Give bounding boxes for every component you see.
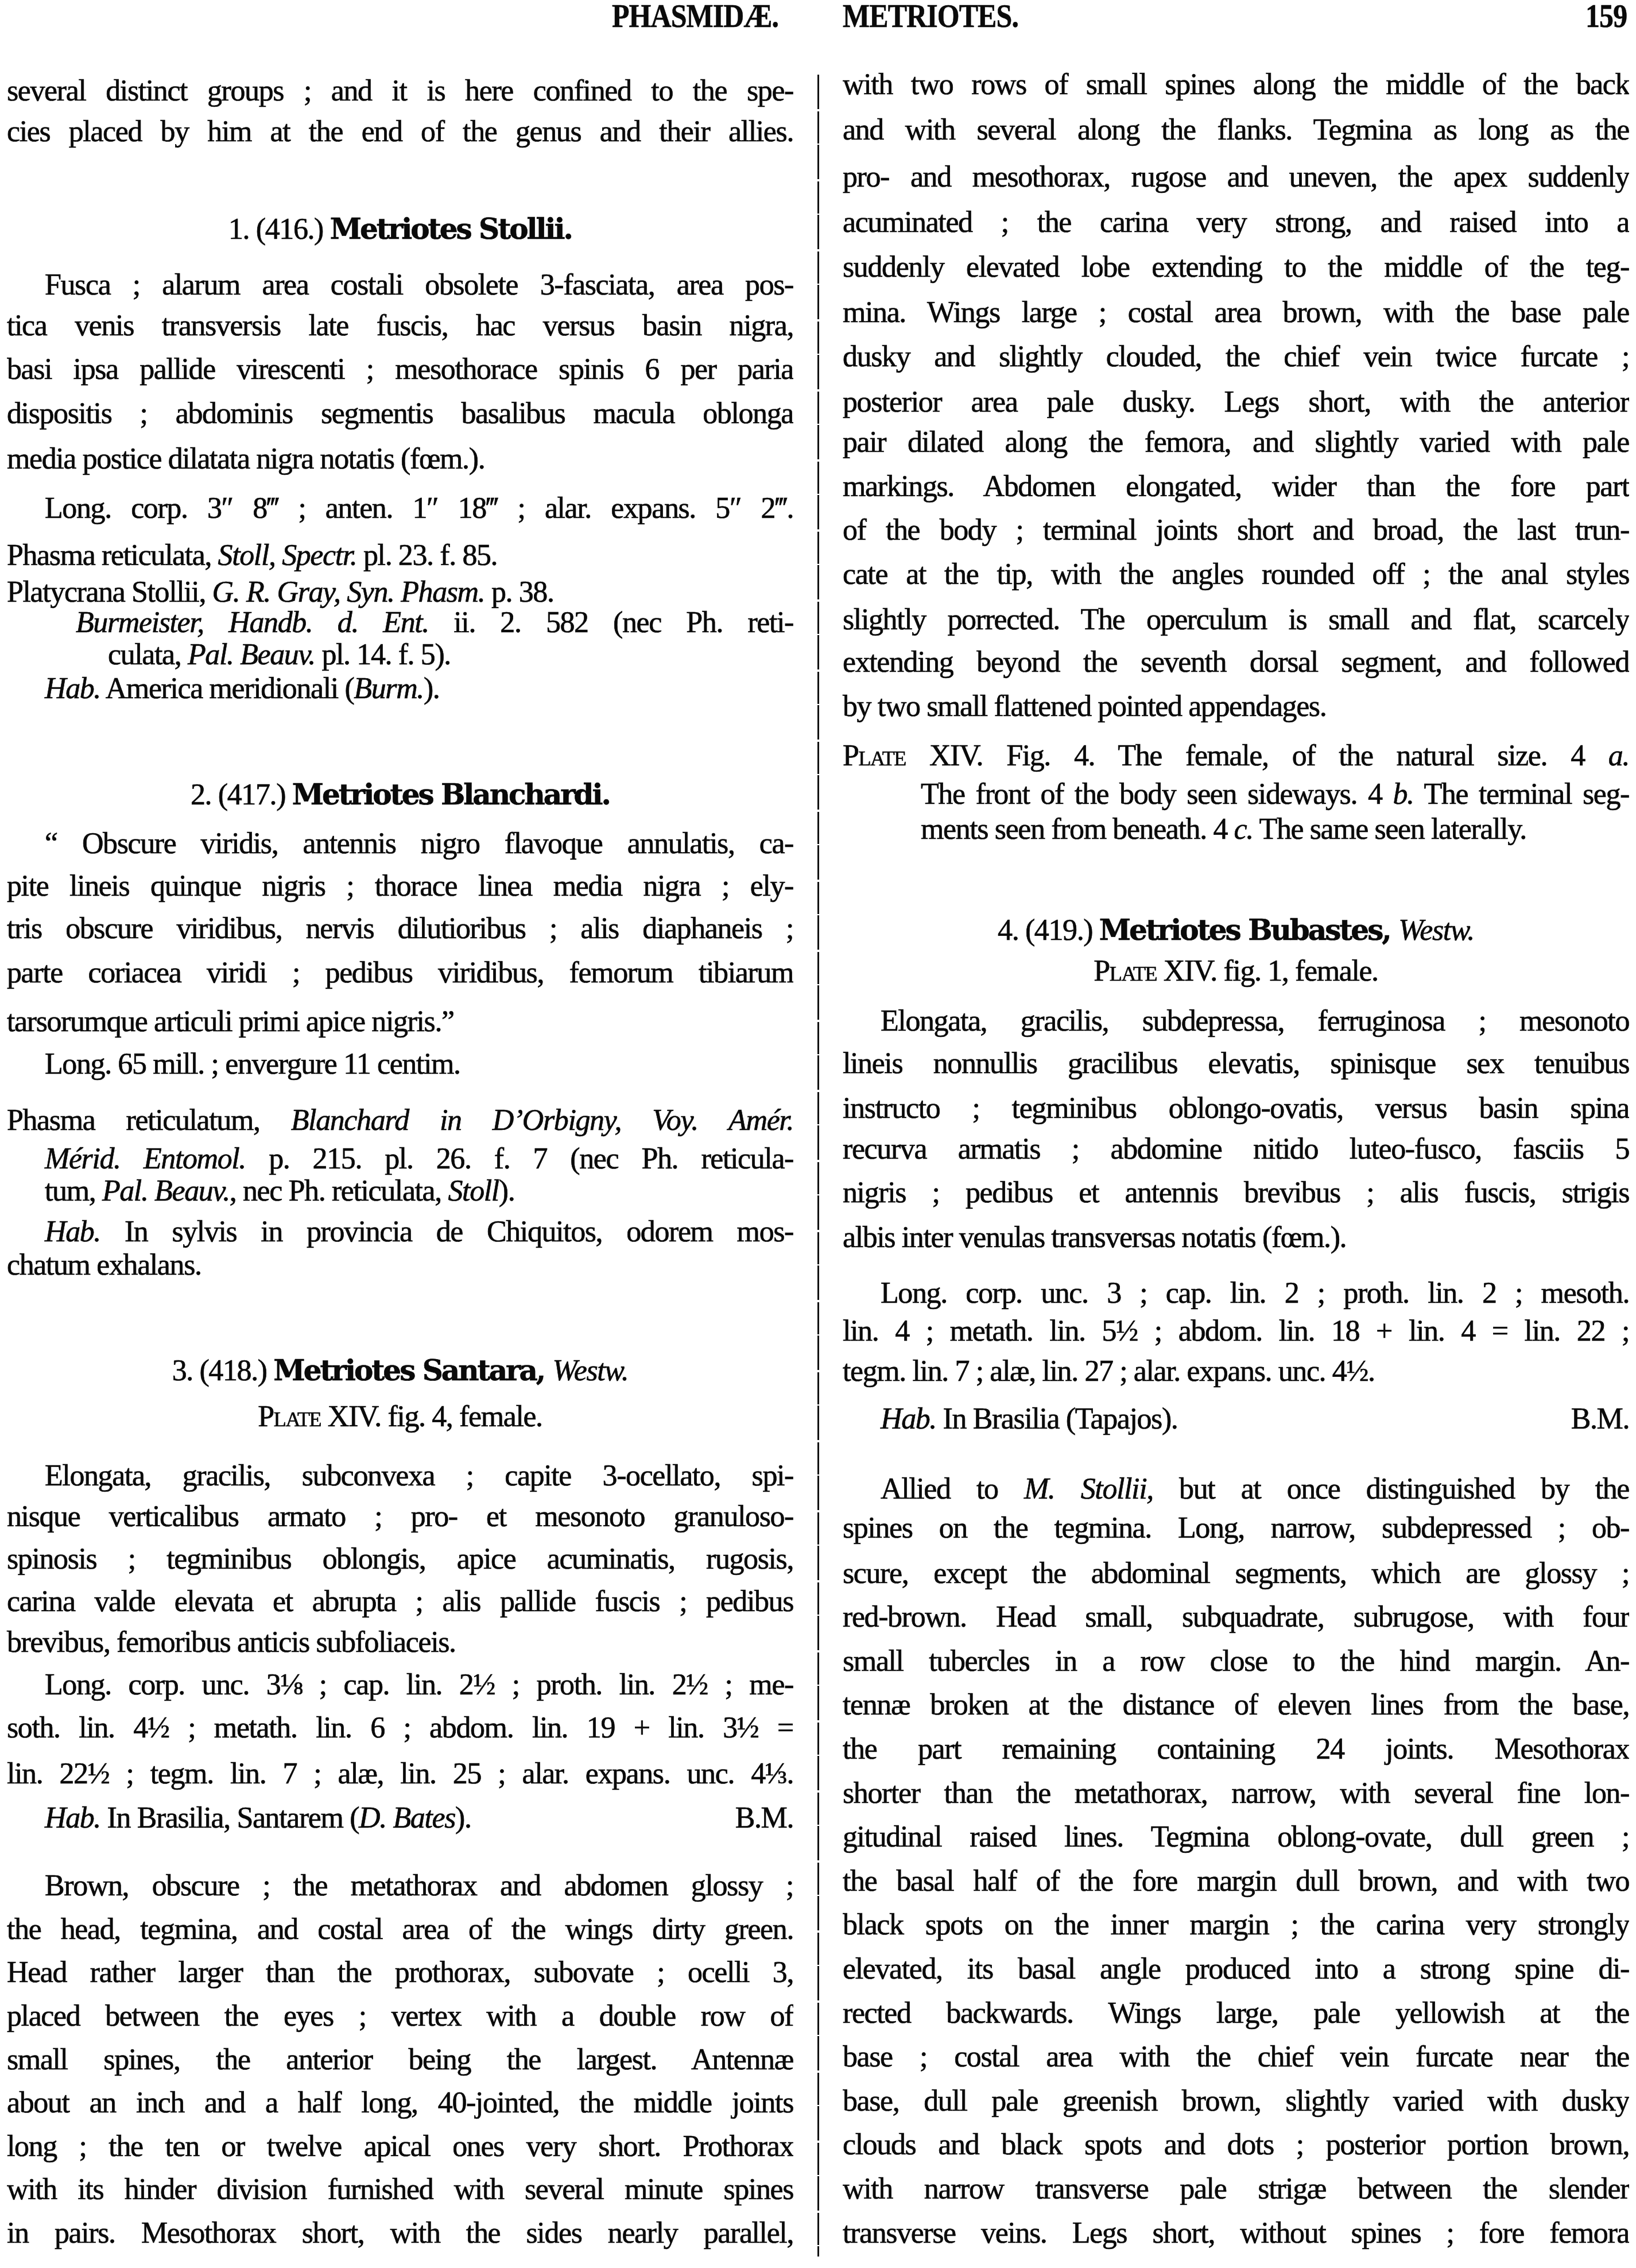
running-head-family: PHASMIDÆ. [612, 0, 778, 32]
species-name: Metriotes Blanchardi. [292, 777, 610, 811]
species-author: Westw. [1398, 914, 1474, 947]
citation-text: culata, [108, 638, 188, 671]
text-line: base ; costal area with the chief vein f… [843, 2035, 1629, 2079]
plate-text: XIV. fig. 4, female. [321, 1400, 542, 1433]
caption-text: The terminal seg- [1414, 778, 1629, 811]
caption-text: The same seen laterally. [1253, 813, 1526, 846]
habitat-author: Burm. [354, 672, 424, 705]
column-divider [817, 75, 819, 2257]
citation-author: Stoll, Spectr. [218, 539, 357, 572]
citation-line: tum, Pal. Beauv., nec Ph. reticulata, St… [7, 1170, 793, 1213]
text-line: pro- and mesothorax, rugose and uneven, … [843, 156, 1629, 199]
text-line: rected backwards. Wings large, pale yell… [843, 1992, 1629, 2035]
text-line: gitudinal raised lines. Tegmina oblong-o… [843, 1816, 1629, 1859]
text-line: several distinct groups ; and it is here… [7, 69, 793, 113]
text-line: tica venis transversis late fuscis, hac … [7, 304, 793, 348]
habitat-text: In Brasilia (Tapajos). [936, 1403, 1177, 1435]
citation-text: Phasma reticulatum, [7, 1104, 291, 1137]
text-line: recurva armatis ; abdomine nitido luteo-… [843, 1128, 1629, 1171]
plate-caption-line: Plate XIV. Fig. 4. The female, of the na… [843, 734, 1629, 778]
text-line: placed between the eyes ; vertex with a … [7, 1995, 793, 2038]
habitat-text: America meridionali ( [100, 672, 354, 705]
text-line: red-brown. Head small, subquadrate, subr… [843, 1596, 1629, 1639]
text-line: scure, except the abdominal segments, wh… [843, 1552, 1629, 1596]
measurements-line: tegm. lin. 7 ; alæ, lin. 27 ; alar. expa… [843, 1350, 1629, 1394]
text-line: and with several along the flanks. Tegmi… [843, 109, 1629, 152]
text-line: dusky and slightly clouded, the chief ve… [843, 335, 1629, 379]
citation-author: Blanchard in D’Orbigny, Voy. Amér. [291, 1104, 793, 1137]
text-line: basi ipsa pallide virescenti ; mesothora… [7, 348, 793, 392]
species-name: Metriotes Santara, [273, 1353, 552, 1387]
species-reference: M. Stollii, [1024, 1473, 1153, 1505]
text-line: markings. Abdomen elongated, wider than … [843, 465, 1629, 509]
text-line: the basal half of the fore margin dull b… [843, 1860, 1629, 1903]
measurements-line: soth. lin. 4½ ; metath. lin. 6 ; abdom. … [7, 1706, 793, 1750]
text-line: with two rows of small spines along the … [843, 63, 1629, 107]
measurements-line: Long. corp. unc. 3 ; cap. lin. 2 ; proth… [843, 1272, 1629, 1315]
figure-letter: b. [1393, 778, 1413, 811]
species-heading-blanchardi: 2. (417.) Metriotes Blanchardi. [7, 773, 793, 816]
text-line: albis inter venulas transversas notatis … [843, 1216, 1629, 1260]
caption-text: The front of the body seen sideways. 4 [921, 778, 1393, 811]
habitat-line: Hab. America meridionali (Burm.). [7, 667, 793, 711]
text-line: of the body ; terminal joints short and … [843, 509, 1629, 552]
text-line: tris obscure viridibus, nervis dilutiori… [7, 907, 793, 951]
citation-text: Phasma reticulata, [7, 539, 218, 572]
text-line: Elongata, gracilis, subdepressa, ferrugi… [843, 1000, 1629, 1043]
citation-author: Pal. Beauv. [188, 638, 315, 671]
text-line: the part remaining containing 24 joints.… [843, 1728, 1629, 1771]
citation-text: ). [499, 1175, 515, 1207]
measurements-line: lin. 4 ; metath. lin. 5½ ; abdom. lin. 1… [843, 1310, 1629, 1353]
habitat-text: ). [424, 672, 440, 705]
text-line: tarsorumque articuli primi apice nigris.… [7, 1000, 793, 1044]
plate-caption-line: ments seen from beneath. 4 c. The same s… [843, 808, 1629, 852]
text-line: “ Obscure viridis, antennis nigro flavoq… [7, 822, 793, 866]
text-line: black spots on the inner margin ; the ca… [843, 1903, 1629, 1947]
habitat-label: Hab. [881, 1403, 936, 1435]
text-line: by two small flattened pointed appendage… [843, 685, 1629, 729]
text-line: with narrow transverse pale strigæ betwe… [843, 2168, 1629, 2211]
text-line: with its hinder division furnished with … [7, 2168, 793, 2212]
text-line: lineis nonnullis gracilibus elevatis, sp… [843, 1042, 1629, 1086]
habitat-text: ). [455, 1802, 471, 1834]
text-line: small spines, the anterior being the lar… [7, 2038, 793, 2082]
text-line: Brown, obscure ; the metathorax and abdo… [7, 1864, 793, 1908]
plate-label: Plate [843, 740, 906, 772]
text-line: carina valde elevata et abrupta ; alis p… [7, 1580, 793, 1624]
habitat-label: Hab. [45, 672, 100, 705]
species-heading-bubastes: 4. (419.) Metriotes Bubastes, Westw. [843, 908, 1629, 952]
text-line: about an inch and a half long, 40-jointe… [7, 2081, 793, 2125]
text-line: parte coriacea viridi ; pedibus viridibu… [7, 951, 793, 995]
text-line: Elongata, gracilis, subconvexa ; capite … [7, 1454, 793, 1498]
habitat-line: Hab. In Brasilia (Tapajos). B.M. [843, 1398, 1629, 1441]
text-line: cies placed by him at the end of the gen… [7, 110, 793, 154]
text-line: acuminated ; the carina very strong, and… [843, 201, 1629, 245]
citation-author: Stoll [448, 1175, 499, 1207]
text-line: brevibus, femoribus anticis subfoliaceis… [7, 1621, 793, 1665]
citation-line: Phasma reticulatum, Blanchard in D’Orbig… [7, 1099, 793, 1143]
text-line: suddenly elevated lobe extending to the … [843, 246, 1629, 289]
text-line: cate at the tip, with the angles rounded… [843, 553, 1629, 597]
text-line: long ; the ten or twelve apical ones ver… [7, 2125, 793, 2169]
text-line: nisque verticalibus armato ; pro- et mes… [7, 1495, 793, 1539]
species-number: 2. (417.) [191, 779, 292, 811]
text-line: small tubercles in a row close to the hi… [843, 1640, 1629, 1683]
species-number: 4. (419.) [998, 914, 1099, 947]
text-line: base, dull pale greenish brown, slightly… [843, 2080, 1629, 2123]
citation-text: , nec Ph. reticulata, [230, 1175, 448, 1207]
measurements-line: lin. 22½ ; tegm. lin. 7 ; alæ, lin. 25 ;… [7, 1752, 793, 1796]
figure-letter: c. [1234, 813, 1253, 846]
text-line: posterior area pale dusky. Legs short, w… [843, 381, 1629, 424]
plate-reference: Plate XIV. fig. 4, female. [7, 1395, 793, 1439]
figure-letter: a. [1608, 740, 1629, 772]
text-line: shorter than the metathorax, narrow, wit… [843, 1772, 1629, 1816]
citation-text: pl. 23. f. 85. [356, 539, 497, 572]
caption-text: ments seen from beneath. 4 [921, 813, 1234, 846]
species-name: Metriotes Stollii. [330, 212, 572, 246]
text-line: media postice dilatata nigra notatis (fœ… [7, 438, 793, 481]
citation-author: Pal. Beauv. [102, 1175, 230, 1207]
plate-text: XIV. fig. 1, female. [1157, 955, 1378, 988]
body-text: Allied to [881, 1473, 1024, 1505]
habitat-label: Hab. [45, 1802, 100, 1834]
text-line: mina. Wings large ; costal area brown, w… [843, 291, 1629, 335]
text-line: spinosis ; tegminibus oblongis, apice ac… [7, 1538, 793, 1581]
species-heading-stollii: 1. (416.) Metriotes Stollii. [7, 207, 793, 251]
plate-label: Plate [258, 1400, 321, 1433]
running-head-genus: METRIOTES. [843, 0, 1018, 32]
plate-reference: Plate XIV. fig. 1, female. [843, 950, 1629, 993]
habitat-line: chatum exhalans. [7, 1244, 793, 1287]
species-number: 1. (416.) [228, 213, 330, 246]
collection-code: B.M. [735, 1797, 793, 1840]
text-line: dispositis ; abdominis segmentis basalib… [7, 392, 793, 436]
text-line: in pairs. Mesothorax short, with the sid… [7, 2212, 793, 2255]
text-line: the head, tegmina, and costal area of th… [7, 1908, 793, 1952]
text-line: pite lineis quinque nigris ; thorace lin… [7, 865, 793, 908]
text-line: elevated, its basal angle produced into … [843, 1948, 1629, 1991]
body-text: but at once distinguished by the [1153, 1473, 1629, 1505]
text-line: pair dilated along the femora, and sligh… [843, 421, 1629, 465]
text-line: tennæ broken at the distance of eleven l… [843, 1683, 1629, 1727]
text-line: instructo ; tegminibus oblongo-ovatis, v… [843, 1087, 1629, 1131]
plate-label: Plate [1094, 955, 1157, 988]
text-line: spines on the tegmina. Long, narrow, sub… [843, 1507, 1629, 1550]
text-line: extending beyond the seventh dorsal segm… [843, 641, 1629, 684]
text-line: Fusca ; alarum area costali obsolete 3-f… [7, 264, 793, 307]
text-line: slightly porrected. The operculum is sma… [843, 598, 1629, 642]
page-number: 159 [1585, 0, 1627, 32]
text-line: Head rather larger than the prothorax, s… [7, 1951, 793, 1995]
species-author: Westw. [553, 1354, 629, 1387]
species-name: Metriotes Bubastes, [1099, 913, 1398, 947]
measurements-line: Long. corp. unc. 3⅛ ; cap. lin. 2½ ; pro… [7, 1663, 793, 1707]
species-number: 3. (418.) [172, 1354, 274, 1387]
citation-text: pl. 14. f. 5). [315, 638, 451, 671]
habitat-line: Hab. In Brasilia, Santarem (D. Bates). B… [7, 1797, 793, 1840]
measurements-line: Long. corp. 3″ 8‴ ; anten. 1″ 18‴ ; alar… [7, 487, 793, 531]
citation-text: tum, [45, 1175, 102, 1207]
habitat-text: In Brasilia, Santarem ( [100, 1802, 359, 1834]
measurements-line: Long. 65 mill. ; envergure 11 centim. [7, 1043, 793, 1086]
text-line: clouds and black spots and dots ; poster… [843, 2123, 1629, 2167]
text-line: transverse veins. Legs short, without sp… [843, 2212, 1629, 2255]
species-heading-santara: 3. (418.) Metriotes Santara, Westw. [7, 1349, 793, 1392]
collection-code: B.M. [1571, 1398, 1629, 1441]
text-line: nigris ; pedibus et antennis brevibus ; … [843, 1171, 1629, 1215]
caption-text: XIV. Fig. 4. The female, of the natural … [906, 740, 1608, 772]
text-line: Allied to M. Stollii, but at once distin… [843, 1468, 1629, 1511]
collector-name: D. Bates [359, 1802, 455, 1834]
